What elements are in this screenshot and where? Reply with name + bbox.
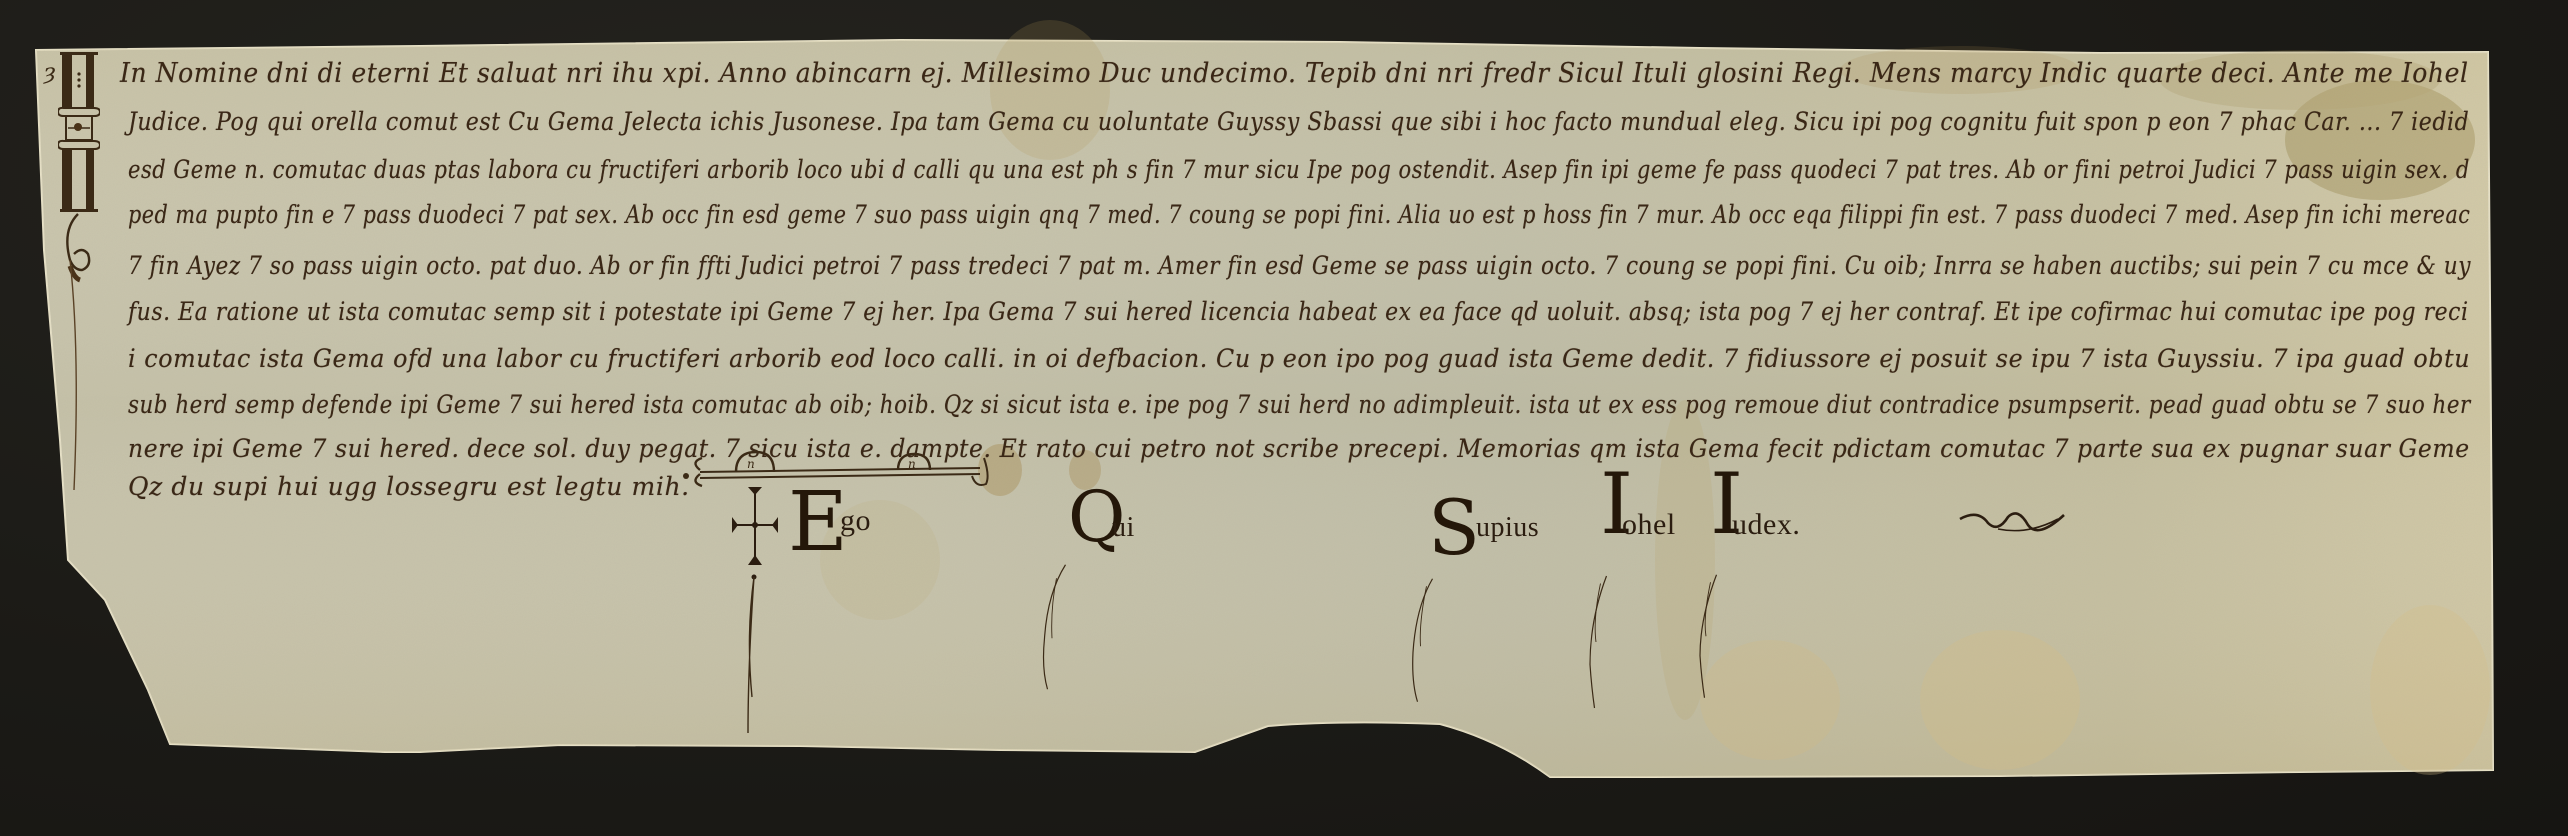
text-line-9: nere ipi Geme 7 sui hered. dece sol. duy… <box>128 434 2470 463</box>
paraph-flourish-icon <box>1958 505 2068 545</box>
text-line-10: Qz du supi hui ugg lossegru est legtu mi… <box>128 472 690 501</box>
svg-text:n: n <box>747 457 755 471</box>
pendant-stroke-icon <box>1410 556 1440 726</box>
pendant-stroke-icon <box>1694 552 1724 722</box>
text-line-2: Judice. Pog qui orella comut est Cu Gema… <box>128 107 2469 136</box>
svg-text:n: n <box>908 457 916 471</box>
text-line-8: sub herd semp defende ipi Geme 7 sui her… <box>128 390 2471 419</box>
pendant-stroke-icon <box>1040 542 1070 712</box>
charter-text-body: In Nomine dni di eterni Et saluat nri ih… <box>0 0 2568 836</box>
pendant-stroke-icon <box>1584 552 1614 732</box>
text-line-6: fus. Ea ratione ut ista comutac semp sit… <box>128 297 2469 326</box>
cross-icon <box>730 485 780 735</box>
signature-iudex-rest: udex. <box>1732 508 1800 542</box>
text-line-1: In Nomine dni di eterni Et saluat nri ih… <box>120 58 2469 89</box>
text-line-3: esd Geme n. comutac duas ptas labora cu … <box>128 155 2470 184</box>
signature-iohel-rest: ohel <box>1622 508 1676 542</box>
text-line-4: ped ma pupto fin e 7 pass duodeci 7 pat … <box>128 200 2470 229</box>
signature-ego-rest: go <box>840 504 871 538</box>
text-line-7: i comutac ista Gema ofd una labor cu fru… <box>128 344 2470 373</box>
signature-supius-rest: upius <box>1476 512 1539 544</box>
signature-qui-rest: ui <box>1112 512 1135 544</box>
signature-supius-capital: S <box>1428 490 1480 566</box>
signature-ego-capital: E <box>788 482 848 564</box>
text-line-5: 7 fin Ayez 7 so pass uigin octo. pat duo… <box>128 251 2471 280</box>
